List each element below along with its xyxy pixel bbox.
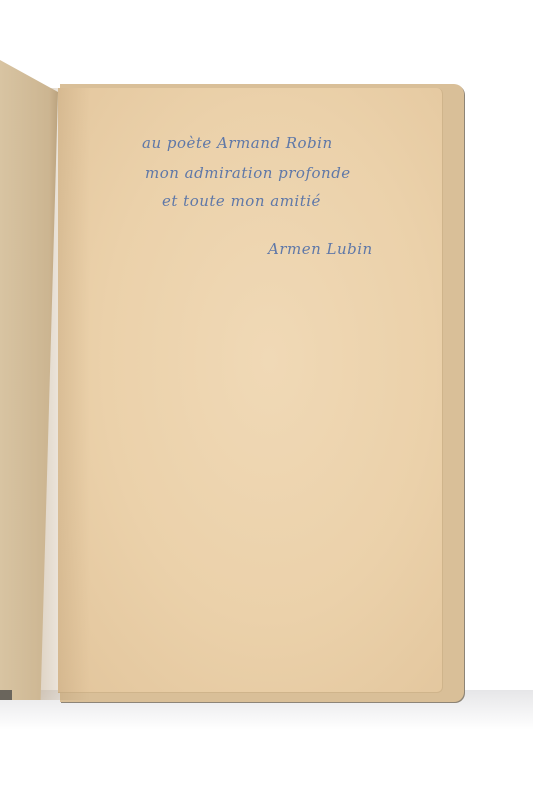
cover-edge <box>0 690 12 700</box>
book-photo: au poète Armand Robin mon admiration pro… <box>0 0 533 800</box>
dedication-line-3: et toute mon amitié <box>162 192 321 210</box>
dedication-line-2: mon admiration profonde <box>145 164 351 182</box>
dedication-line-1: au poète Armand Robin <box>142 134 333 152</box>
signature: Armen Lubin <box>268 240 373 258</box>
